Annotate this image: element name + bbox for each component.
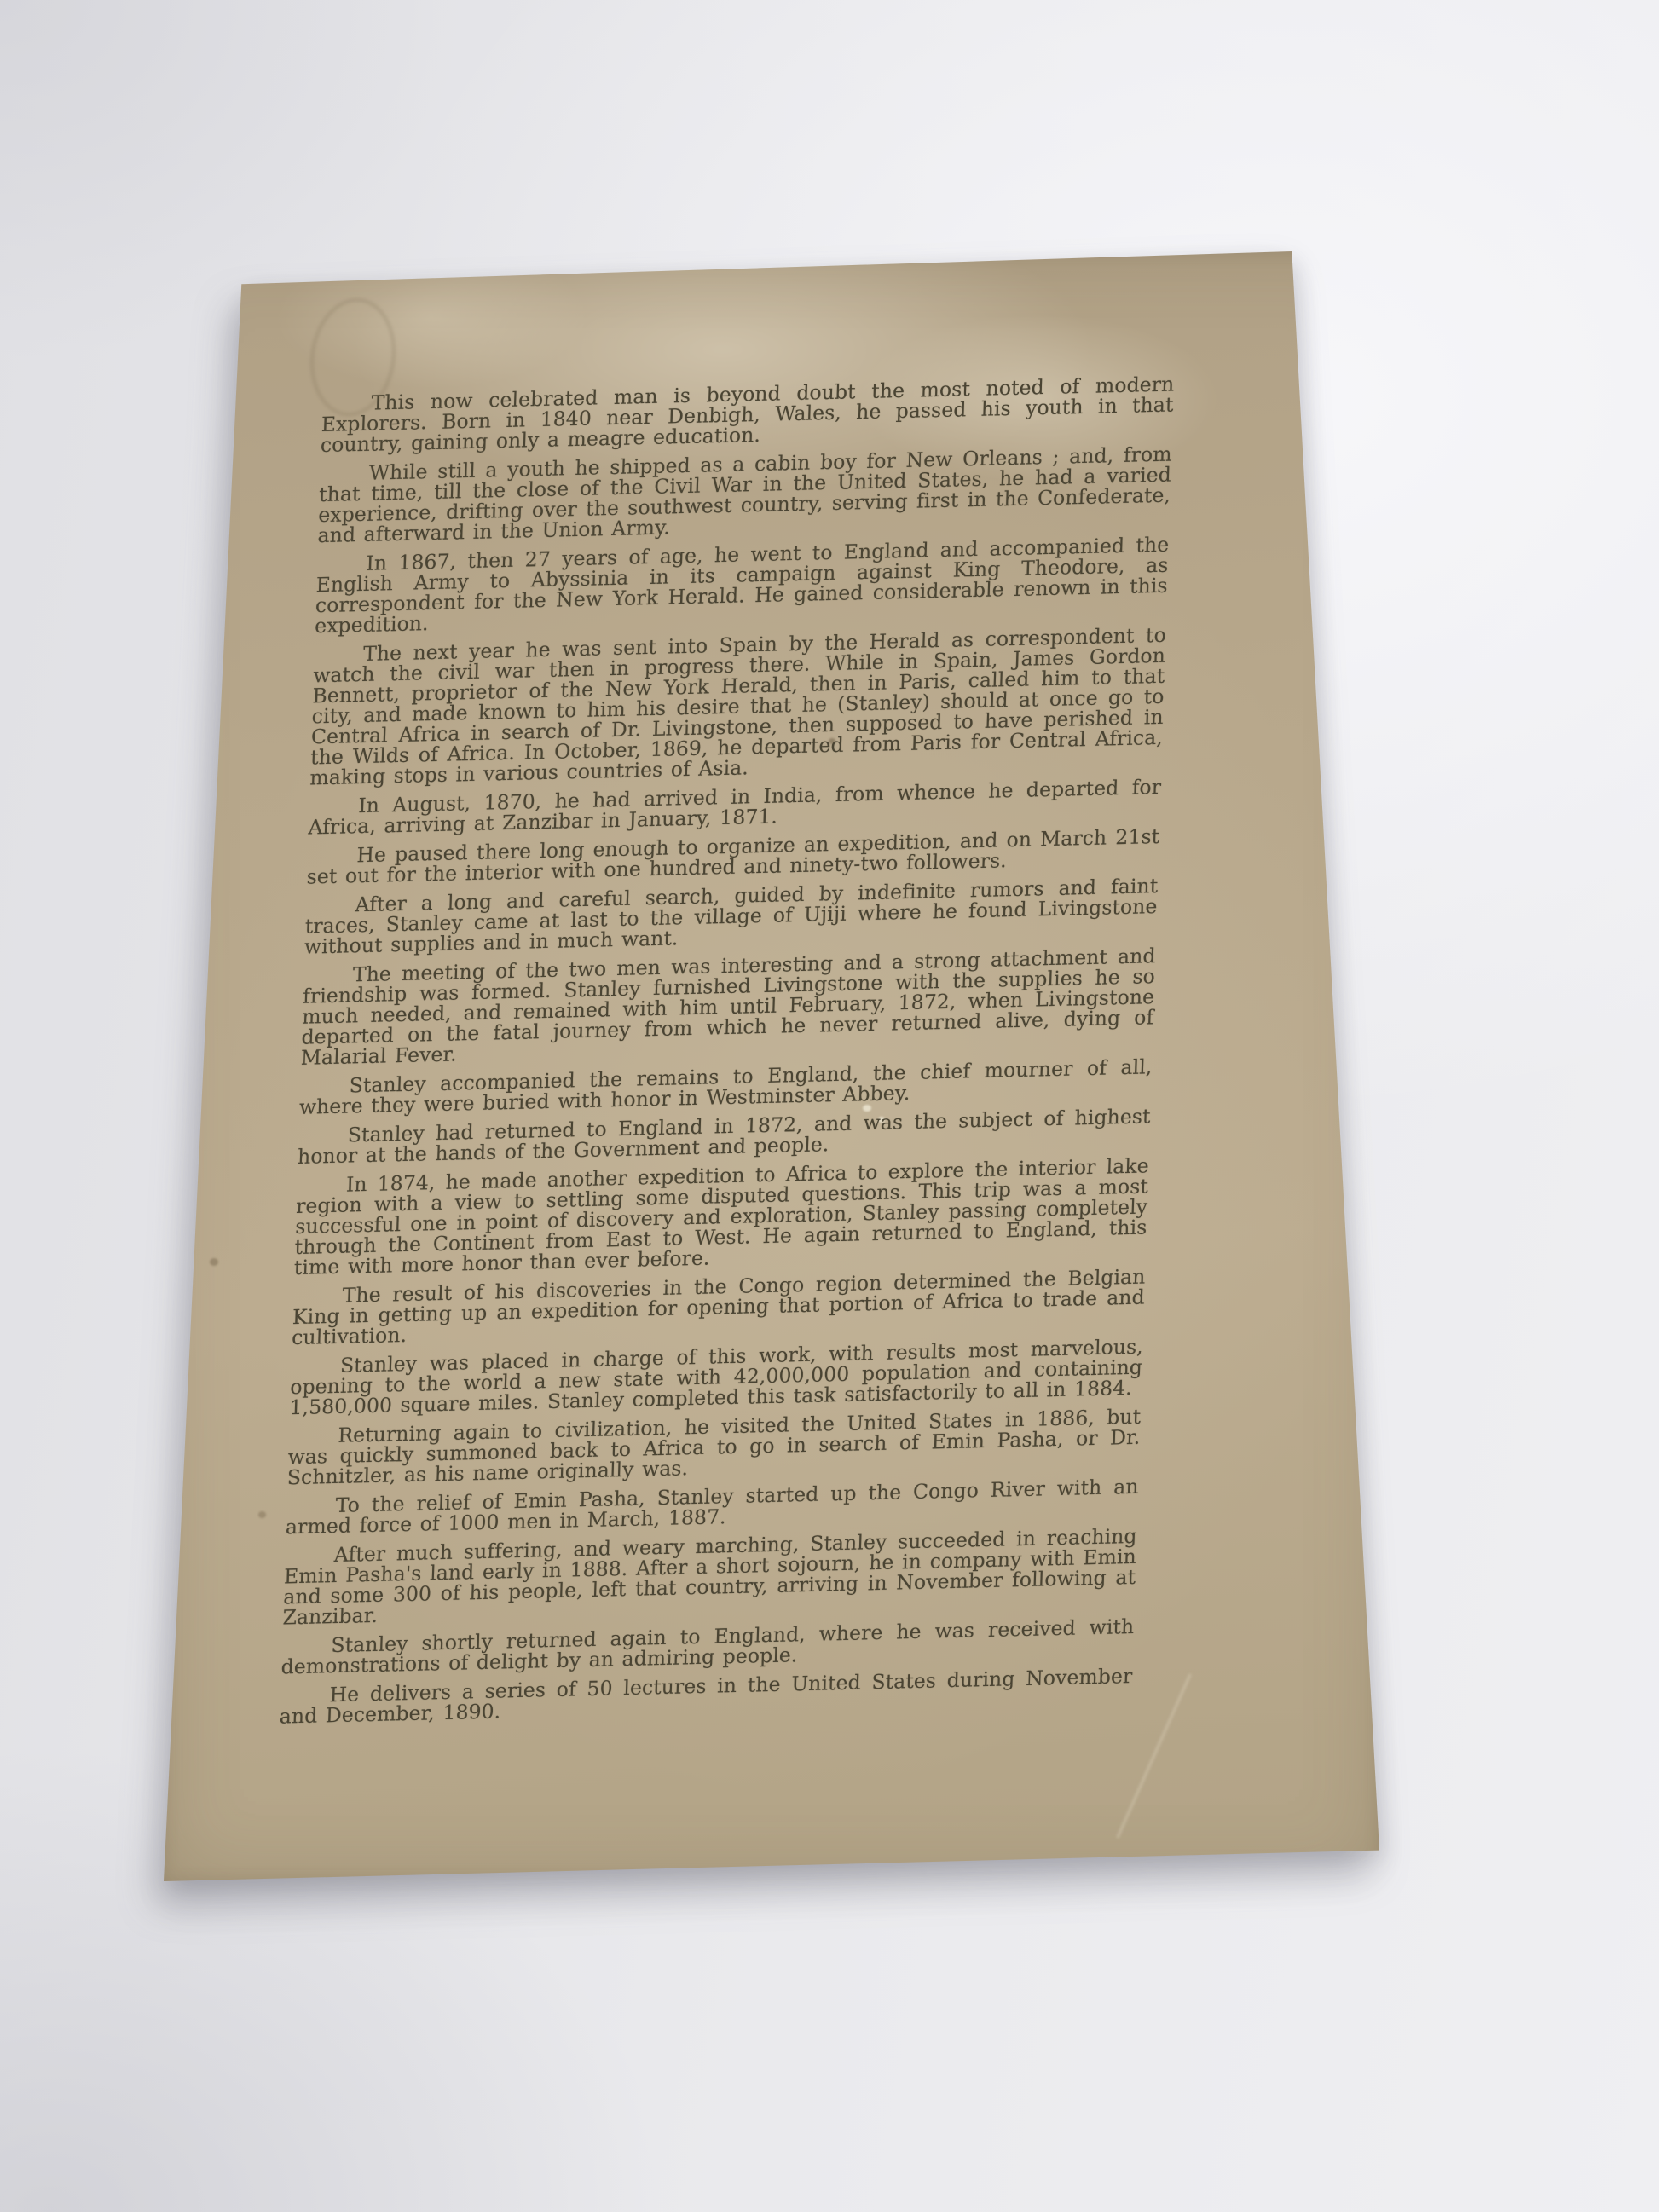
paragraph: While still a youth he shipped as a cabi… (317, 444, 1172, 546)
paragraph: After much suffering, and weary marching… (282, 1526, 1137, 1628)
stain-dot (210, 1258, 218, 1266)
paragraph: Returning again to civilization, he visi… (287, 1406, 1142, 1488)
paragraph: In 1867, then 27 years of age, he went t… (315, 534, 1170, 637)
paragraph: Stanley was placed in charge of this wor… (289, 1337, 1143, 1418)
paragraph: The meeting of the two men was interesti… (300, 945, 1156, 1068)
card-text: This now celebrated man is beyond doubt … (279, 373, 1175, 1735)
photo-backdrop: This now celebrated man is beyond doubt … (0, 0, 1659, 2212)
paragraph: The result of his discoveries in the Con… (292, 1267, 1146, 1349)
stain-dot (258, 1511, 266, 1518)
paragraph: In 1874, he made another expedition to A… (294, 1155, 1150, 1278)
paragraph: After a long and careful search, guided … (304, 875, 1159, 957)
paragraph: The next year he was sent into Spain by … (309, 625, 1166, 788)
